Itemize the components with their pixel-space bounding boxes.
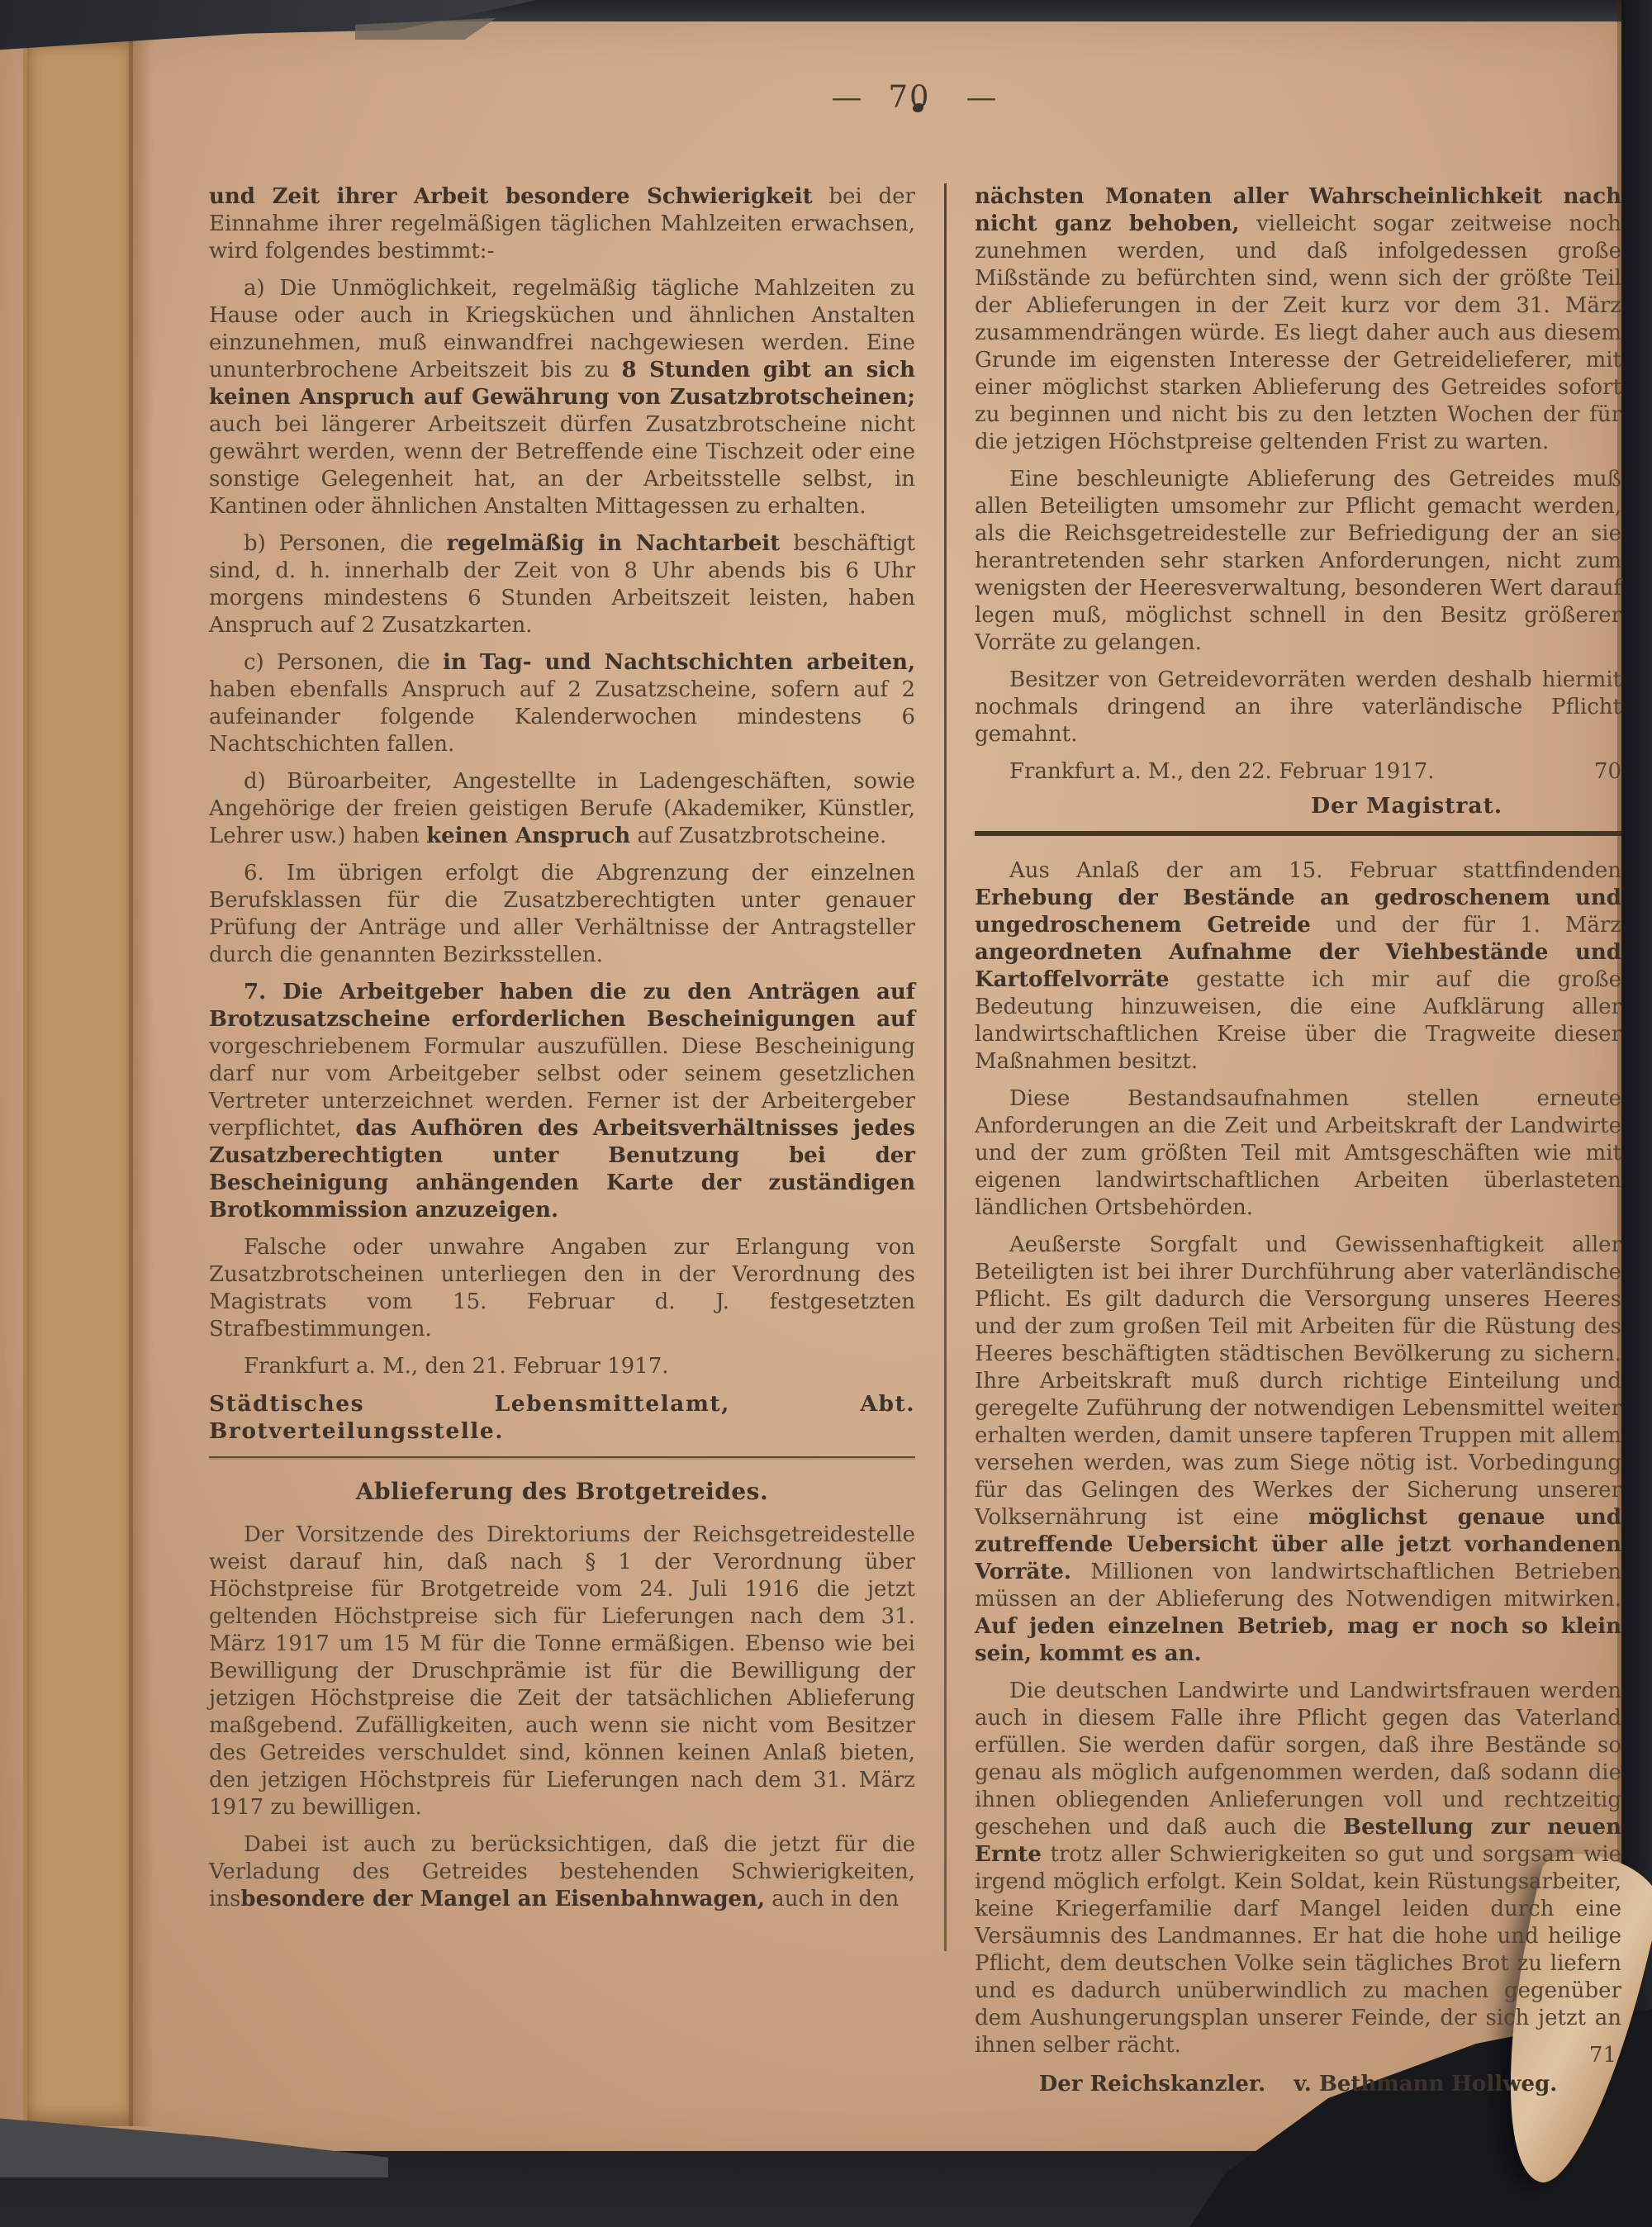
article-heading: Ablieferung des Brotgetreides.	[209, 1478, 915, 1505]
emphasized-text: und Zeit ihrer Arbeit besondere Schwieri…	[209, 184, 813, 209]
body-text: b) Personen, die	[244, 531, 446, 556]
page-number-header: —70—	[209, 79, 1621, 115]
paragraph-hoechstpreise: Der Vorsitzende des Direktoriums der Rei…	[209, 1522, 915, 1821]
signature-magistrat: Der Magistrat.	[975, 792, 1621, 819]
paragraph-penalty: Falsche oder unwahre Angaben zur Erlangu…	[209, 1234, 915, 1343]
body-text: auf Zusatzbrotscheine.	[630, 824, 886, 848]
body-text: und der für 1. März	[1311, 913, 1621, 938]
body-text: c) Personen, die	[244, 650, 443, 675]
emphasized-text: regelmäßig in Nachtarbeit	[446, 531, 780, 556]
emphasized-text: 7. Die Arbeitgeber haben die zu den Antr…	[209, 980, 915, 1032]
page-number: 70	[888, 79, 930, 115]
paragraph-continuation-right: nächsten Monaten aller Wahrscheinlichkei…	[975, 183, 1621, 456]
marginal-number: 70	[1594, 758, 1621, 786]
body-text: Aeußerste Sorgfalt und Gewissenhaftigkei…	[975, 1232, 1621, 1530]
paragraph-sorgfalt: Aeußerste Sorgfalt und Gewissenhaftigkei…	[975, 1232, 1621, 1668]
body-text: Falsche oder unwahre Angaben zur Erlangu…	[209, 1235, 915, 1341]
right-column: nächsten Monaten aller Wahrscheinlichkei…	[975, 183, 1621, 2110]
body-text: Eine beschleunigte Ablieferung des Getre…	[975, 467, 1621, 655]
page-edges-stack-left	[23, 35, 133, 2126]
paragraph-continuation: und Zeit ihrer Arbeit besondere Schwieri…	[209, 183, 915, 265]
body-text: auch in den	[765, 1887, 899, 1911]
signature-lebensmittelamt: Städtisches Lebensmittelamt, Abt. Brotve…	[209, 1390, 915, 1445]
body-text: Besitzer von Getreidevorräten werden des…	[975, 667, 1621, 747]
signature-reichskanzler: Der Reichskanzler.v. Bethmann Hollweg.	[975, 2071, 1621, 2098]
section-divider-rule	[209, 1456, 915, 1458]
emphasized-text: keinen Anspruch	[426, 824, 630, 848]
emphasized-text: in Tag- und Nachtschichten arbeiten,	[443, 650, 915, 675]
body-text: 6. Im übrigen erfolgt die Abgrenzung der…	[209, 861, 915, 967]
column-divider-rule	[944, 183, 947, 1951]
emphasized-text: Auf jeden einzelnen Betrieb, mag er noch…	[975, 1614, 1621, 1666]
paragraph-item-d: d) Büroarbeiter, Angestellte in Ladenges…	[209, 768, 915, 850]
header-right-dash: —	[966, 79, 999, 115]
left-column: und Zeit ihrer Arbeit besondere Schwieri…	[209, 183, 915, 1923]
body-text: vielleicht sogar zeitweise noch zunehmen…	[975, 211, 1621, 454]
body-text: trotz aller Schwierigkeiten so gut und s…	[975, 1842, 1621, 2058]
body-text: Diese Bestandsaufnahmen stellen erneute …	[975, 1086, 1621, 1220]
body-text: Millionen von landwirtschaftlichen Betri…	[975, 1560, 1621, 1612]
paragraph-bestandsaufnahmen: Diese Bestandsaufnahmen stellen erneute …	[975, 1085, 1621, 1222]
date-line-left: Frankfurt a. M., den 21. Februar 1917.	[209, 1353, 915, 1380]
body-text: Frankfurt a. M., den 21. Februar 1917.	[244, 1354, 669, 1379]
article-divider-rule	[975, 831, 1621, 836]
header-left-dash: —	[831, 79, 863, 115]
emphasized-text: besondere der Mangel an Eisenbahnwagen,	[240, 1887, 765, 1911]
paragraph-erhebung: Aus Anlaß der am 15. Februar stattfinden…	[975, 857, 1621, 1076]
body-text: Der Vorsitzende des Direktoriums der Rei…	[209, 1522, 915, 1820]
paragraph-item-c: c) Personen, die in Tag- und Nachtschich…	[209, 649, 915, 758]
date-line-right: Frankfurt a. M., den 22. Februar 1917.70	[975, 758, 1621, 786]
paragraph-besitzer: Besitzer von Getreidevorräten werden des…	[975, 667, 1621, 748]
paragraph-verladung: Dabei ist auch zu berücksichtigen, daß d…	[209, 1831, 915, 1913]
paragraph-7: 7. Die Arbeitgeber haben die zu den Antr…	[209, 979, 915, 1224]
body-text: Aus Anlaß der am 15. Februar stattfinden…	[1009, 858, 1621, 883]
paragraph-item-a: a) Die Unmöglichkeit, regelmäßig täglich…	[209, 275, 915, 520]
paragraph-item-b: b) Personen, die regelmäßig in Nachtarbe…	[209, 530, 915, 639]
binding-crease	[129, 35, 154, 2126]
body-text: auch bei längerer Arbeitszeit dürfen Zus…	[209, 412, 915, 519]
signature-part: v. Bethmann Hollweg.	[1294, 2071, 1557, 2098]
body-text: haben ebenfalls Anspruch auf 2 Zusatzsch…	[209, 677, 915, 757]
paragraph-landwirte: Die deutschen Landwirte und Landwirtsfra…	[975, 1678, 1621, 2059]
signature-part: Der Reichskanzler.	[1039, 2071, 1266, 2098]
paragraph-6: 6. Im übrigen erfolgt die Abgrenzung der…	[209, 860, 915, 969]
paragraph-beschleunigte: Eine beschleunigte Ablieferung des Getre…	[975, 466, 1621, 657]
date-text: Frankfurt a. M., den 22. Februar 1917.	[975, 758, 1435, 786]
